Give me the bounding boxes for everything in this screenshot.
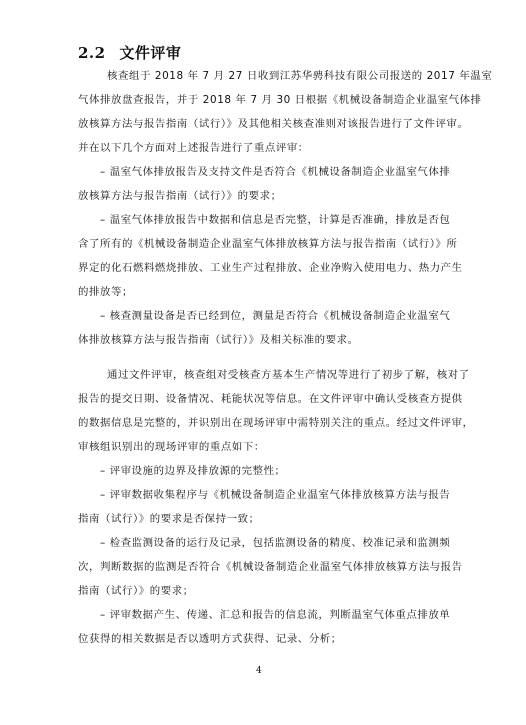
text-line: 体排放核算方法与报告指南（试行）》及相关标准的要求。 bbox=[78, 333, 448, 347]
text-line: – 评审设施的边界及排放源的完整性； bbox=[78, 464, 470, 478]
text-line: 审核组识别出的现场评审的重点如下： bbox=[78, 440, 448, 454]
text-line: 位获得的相关数据是否以透明方式获得、记录、分析； bbox=[78, 632, 448, 646]
text-line: 通过文件评审，核查组对受核查方基本生产情况等进行了初步了解，核对了 bbox=[78, 368, 477, 382]
section-title: 文件评审 bbox=[119, 44, 181, 62]
text-line: – 温室气体排放报告中数据和信息是否完整，计算是否准确，排放是否包 bbox=[78, 213, 470, 227]
text-line: – 检查监测设备的运行及记录，包括监测设备的精度、校准记录和监测频 bbox=[78, 536, 470, 550]
text-line: 的排放等； bbox=[78, 285, 448, 299]
text-line: – 核查测量设备是否已经到位，测量是否符合《机械设备制造企业温室气 bbox=[78, 309, 470, 323]
text-line: 放核算方法与报告指南（试行）》及其他相关核查准则对该报告进行了文件评审。 bbox=[78, 117, 448, 131]
section-heading: 2.2 文件评审 bbox=[78, 42, 181, 63]
text-line: 的数据信息是完整的，并识别出在现场评审中需特别关注的重点。经过文件评审， bbox=[78, 416, 448, 430]
text-line: 界定的化石燃料燃烧排放、工业生产过程排放、企业净购入使用电力、热力产生 bbox=[78, 261, 448, 275]
text-line: – 评审数据产生、传递、汇总和报告的信息流，判断温室气体重点排放单 bbox=[78, 608, 470, 622]
text-line: 指南（试行）》的要求是否保持一致； bbox=[78, 512, 448, 526]
text-line: 指南（试行）》的要求； bbox=[78, 584, 448, 598]
text-line: 核查组于 2018 年 7 月 27 日收到江苏华骋科技有限公司报送的 2017… bbox=[78, 69, 477, 83]
text-line: 报告的提交日期、设备情况、耗能状况等信息。在文件评审中确认受核查方提供 bbox=[78, 392, 448, 406]
text-line: 并在以下几个方面对上述报告进行了重点评审： bbox=[78, 141, 448, 155]
text-line: 次，判断数据的监测是否符合《机械设备制造企业温室气体排放核算方法与报告 bbox=[78, 560, 448, 574]
text-line: 放核算方法与报告指南（试行）》的要求； bbox=[78, 189, 448, 203]
page-number: 4 bbox=[256, 666, 262, 676]
text-line: – 温室气体排放报告及支持文件是否符合《机械设备制造企业温室气体排 bbox=[78, 165, 470, 179]
text-line: 气体排放盘查报告，并于 2018 年 7 月 30 日根据《机械设备制造企业温室… bbox=[78, 93, 448, 107]
document-page: 2.2 文件评审 核查组于 2018 年 7 月 27 日收到江苏华骋科技有限公… bbox=[0, 0, 526, 725]
text-line: 含了所有的《机械设备制造企业温室气体排放核算方法与报告指南（试行）》所 bbox=[78, 237, 448, 251]
section-number: 2.2 bbox=[78, 44, 106, 62]
text-line: – 评审数据收集程序与《机械设备制造企业温室气体排放核算方法与报告 bbox=[78, 488, 470, 502]
